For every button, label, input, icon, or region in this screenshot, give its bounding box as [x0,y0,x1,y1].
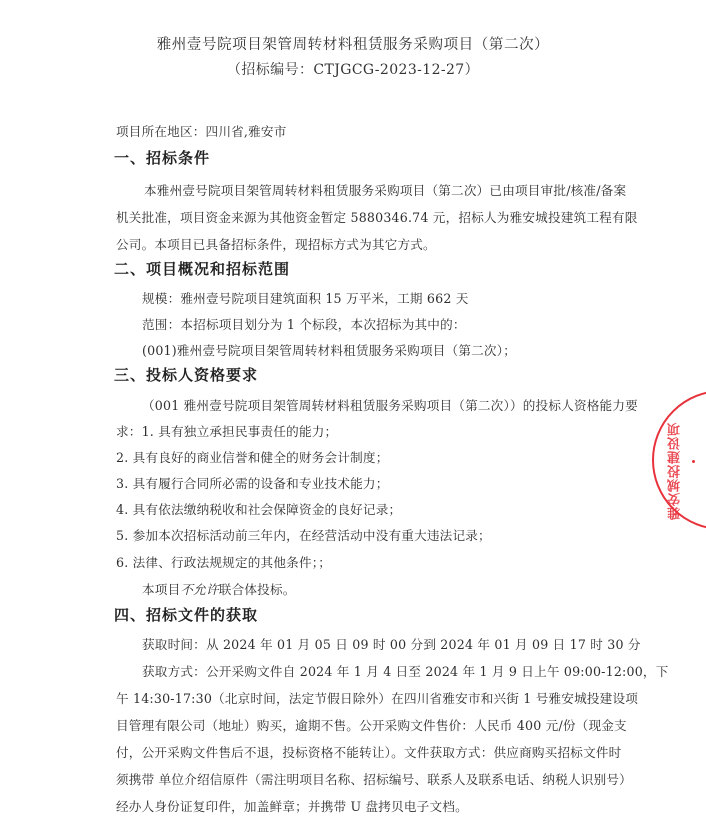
requirement-item: 3. 具有履行合同所必需的设备和专业技术能力； [116,473,389,492]
paragraph-line: （001 雅州壹号院项目架管周转材料租赁服务采购项目（第二次））的投标人资格能力… [142,395,638,414]
acquisition-time: 获取时间：从 2024 年 01 月 05 日 09 时 00 分到 2024 … [142,634,641,653]
paragraph-line: 须携带 单位介绍信原件（需注明项目名称、招标编号、联系人及联系电话、纳税人识别号… [116,769,632,788]
paragraph-line: 机关批准，项目资金来源为其他资金暂定 5880346.74 元，招标人为雅安城投… [116,207,638,226]
paragraph-line: 获取方式：公开采购文件自 2024 年 1 月 4 日至 2024 年 1 月 … [142,661,669,680]
tender-number: （招标编号：CTJGCG-2023-12-27） [0,59,706,79]
paragraph-line: 经办人身份证复印件，加盖鲜章；并携带 U 盘拷贝电子文档。 [116,796,468,815]
scale-line: 规模：雅州壹号院项目建筑面积 15 万平米，工期 662 天 [142,288,469,307]
paragraph-line: 目管理有限公司（地址）购买，逾期不售。公开采购文件售价：人民币 400 元/份（… [116,715,627,734]
consortium-note: 本项目不允许联合体投标。 [142,579,296,598]
seal-dot [692,460,695,463]
requirement-item: 求：1. 具有独立承担民事责任的能力； [116,421,337,440]
requirement-item: 5. 参加本次招标活动前三年内，在经营活动中没有重大违法记录； [116,525,491,544]
document-title: 雅州壹号院项目架管周转材料租赁服务采购项目（第二次） [0,33,706,54]
section-heading-tender-conditions: 一、招标条件 [114,147,210,168]
lot-line: (001)雅州壹号院项目架管周转材料租赁服务采购项目（第二次）； [142,340,516,359]
section-heading-document-acquisition: 四、招标文件的获取 [114,604,258,625]
requirement-item: 4. 具有依法缴纳税收和社会保障资金的良好记录； [116,499,401,518]
paragraph-line: 午 14:30-17:30（北京时间，法定节假日除外）在四川省雅安市和兴街 1 … [116,688,638,707]
document-page: 雅州壹号院项目架管周转材料租赁服务采购项目（第二次） （招标编号：CTJGCG-… [0,0,706,831]
requirement-item: 6. 法律、行政法规规定的其他条件；； [116,552,331,571]
paragraph-line: 公司。本项目已具备招标条件，现招标方式为其它方式。 [116,234,436,253]
section-heading-project-overview: 二、项目概况和招标范围 [114,258,290,279]
paragraph-line: 付，公开采购文件售后不退，投标资格不能转让）。文件获取方式：供应商购买招标文件时 [116,742,621,761]
requirement-item: 2. 具有良好的商业信誉和健全的财务会计制度； [116,447,389,466]
paragraph-line: 本雅州壹号院项目架管周转材料租赁服务采购项目（第二次）已由项目审批/核准/备案 [144,180,626,199]
project-region: 项目所在地区：四川省,雅安市 [116,121,287,140]
section-heading-bidder-qualifications: 三、投标人资格要求 [114,364,258,385]
scope-line: 范围：本招标项目划分为 1 个标段，本次招标为其中的： [142,314,466,333]
